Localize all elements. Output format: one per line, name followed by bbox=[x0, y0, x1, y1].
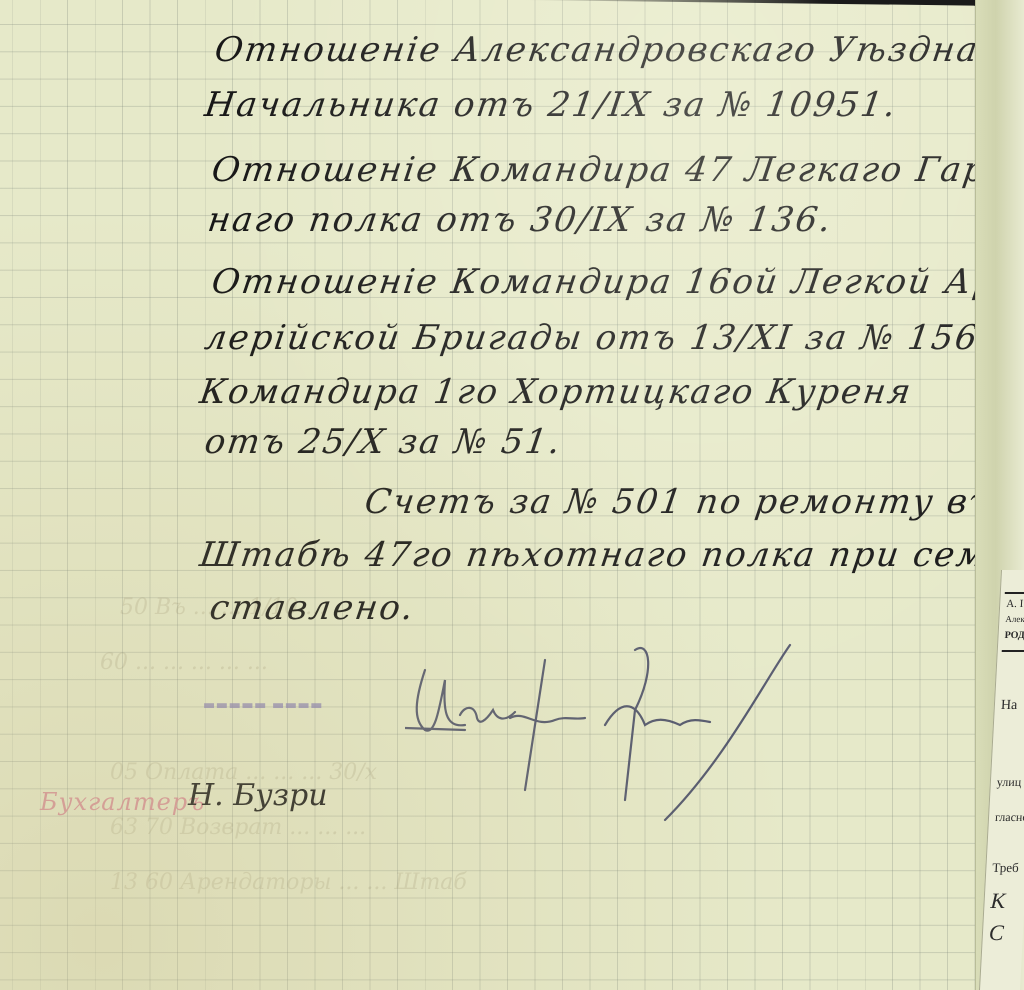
line-1: Отношеніе Александровскаго Уѣзднаго Воин… bbox=[212, 30, 1024, 70]
purple-stamp: ▬▬▬▬▬ ▬▬▬▬ bbox=[203, 698, 323, 713]
slip-text: улиц bbox=[996, 775, 1021, 790]
line-11: ставлено. bbox=[207, 588, 417, 628]
slip-text: Треб bbox=[992, 860, 1019, 876]
accountant-signature: Н. Бузри bbox=[188, 778, 328, 813]
commander-signature bbox=[405, 640, 805, 830]
slip-text: С bbox=[988, 920, 1004, 946]
line-10: Штабѣ 47го пѣхотнаго полка при семъ пред… bbox=[197, 535, 1024, 575]
line-9: Счетъ за № 501 по ремонту въ bbox=[362, 482, 996, 522]
line-6: лерійской Бригады отъ 13/XI за № 1566 и bbox=[202, 318, 1024, 358]
slip-text: гласно bbox=[995, 810, 1024, 825]
slip-text: А. I bbox=[1006, 598, 1024, 610]
slip-text: К bbox=[990, 888, 1006, 914]
bleed-through-text: 60 ... ... ... ... ... bbox=[100, 650, 268, 675]
slip-text: Алекса bbox=[1005, 614, 1024, 624]
line-8: отъ 25/X за № 51. bbox=[202, 422, 564, 462]
accountant-stamp: Бухгалтеръ bbox=[40, 788, 205, 816]
line-2: Начальника отъ 21/IX за № 10951. bbox=[202, 85, 900, 125]
bleed-through-text: 13 60 Арендаторы ... ... Штаб bbox=[110, 870, 467, 895]
ledger-page: 50 Въ ... ... 1/10 ... 60 ... ... ... ..… bbox=[0, 0, 1000, 990]
slip-text: На bbox=[1000, 698, 1017, 714]
slip-rule bbox=[1005, 592, 1024, 594]
line-4: наго полка отъ 30/IX за № 136. bbox=[205, 200, 835, 240]
line-3: Отношеніе Командира 47 Легкаго Гармат- bbox=[209, 150, 1024, 190]
slip-text: РОДСКО bbox=[1004, 630, 1024, 641]
line-7: Командира 1го Хортицкаго Куреня bbox=[197, 372, 915, 412]
line-5: Отношеніе Командира 16ой Легкой Артил- bbox=[209, 262, 1024, 302]
slip-rule bbox=[1002, 650, 1024, 652]
bleed-through-text: 63 70 Возврат ... ... ... bbox=[110, 815, 366, 840]
